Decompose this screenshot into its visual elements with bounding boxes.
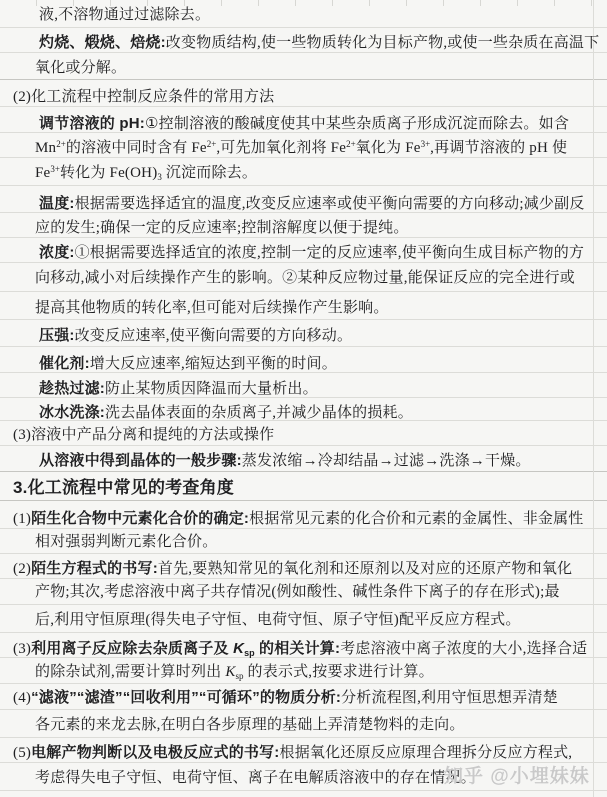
text-segment: 氧化为 Fe (356, 140, 421, 156)
text-segment: 相对强弱判断元素化合价。 (35, 534, 217, 550)
text-segment: 沉淀而除去。 (162, 165, 257, 181)
text-segment: 3+ (50, 164, 60, 174)
text-segment: sp (244, 648, 255, 658)
text-segment: 的溶液中同时含有 Fe (66, 140, 207, 156)
text-segment: 从溶液中得到晶体的一般步骤: (39, 452, 242, 469)
text-line-26: 的除杂试剂,需要计算时列出 Ksp 的表示式,按要求进行计算。 (35, 663, 434, 683)
zhihu-watermark: 知乎 @小埋妹妹 (444, 761, 590, 788)
grid-line (0, 632, 607, 633)
text-segment: 趁热过滤: (39, 380, 105, 397)
text-segment: 2+ (346, 139, 356, 149)
text-line-29: (5)电解产物判断以及电极反应式的书写:根据氧化还原反应原理合理拆分反应方程式, (13, 743, 572, 763)
scanned-document-page: 液,不溶物通过过滤除去。灼烧、煅烧、焙烧:改变物质结构,使一些物质转化为目标产物… (0, 0, 607, 797)
text-segment: 3.化工流程中常见的考查角度 (13, 478, 234, 497)
text-line-24: 后,利用守恒原理(得失电子守恒、电荷守恒、原子守恒)配平反应方程式。 (35, 611, 521, 630)
grid-line (0, 683, 607, 684)
text-segment: 考虑得失电子守恒、电荷守恒、离子在电解质溶液中的存在情况。 (35, 770, 476, 786)
text-segment: 各元素的来龙去脉,在明白各步原理的基础上弄清楚物料的走向。 (35, 717, 465, 733)
text-segment: 2+ (56, 139, 66, 149)
grid-line (0, 737, 607, 738)
text-line-3: 氧化或分解。 (35, 59, 126, 78)
text-line-28: 各元素的来龙去脉,在明白各步原理的基础上弄清楚物料的走向。 (35, 716, 465, 735)
text-segment: 温度: (39, 195, 75, 212)
text-line-23: 产物;其次,考虑溶液中离子共存情况(例如酸性、碱性条件下离子的存在形式);最 (35, 583, 560, 602)
text-line-11: 向移动,减小对后续操作产生的影响。②某种反应物过量,能保证反应的完全进行或 (35, 269, 575, 288)
text-line-22: (2)陌生方程式的书写:首先,要熟知常见的氧化剂和还原剂以及对应的还原产物和氧化 (13, 559, 572, 579)
grid-line (0, 185, 607, 186)
text-segment: (3) (13, 641, 31, 657)
text-line-25: (3)利用离子反应除去杂质离子及 Ksp 的相关计算:考虑溶液中离子浓度的大小,… (13, 639, 587, 660)
table-right-border (593, 0, 594, 797)
text-line-21: 相对强弱判断元素化合价。 (35, 533, 217, 552)
text-segment: Fe (35, 165, 50, 181)
text-segment: 3 (157, 172, 162, 182)
text-line-13: 压强:改变反应速率,使平衡向需要的方向移动。 (39, 326, 352, 346)
grid-line (0, 471, 607, 472)
text-segment: Mn (35, 140, 56, 156)
text-line-30: 考虑得失电子守恒、电荷守恒、离子在电解质溶液中的存在情况。 (35, 769, 476, 788)
grid-line (0, 709, 607, 710)
text-segment: ①控制溶液的酸碱度使其中某些杂质离子形成沉淀而除去。如含 (145, 116, 569, 132)
grid-line (0, 79, 607, 80)
text-segment: 压强: (39, 327, 75, 344)
grid-line (0, 27, 607, 28)
text-line-16: 冰水洗涤:洗去晶体表面的杂质离子,并减少晶体的损耗。 (39, 403, 413, 423)
text-segment: 提高其他物质的转化率,但可能对后续操作产生影响。 (35, 300, 389, 316)
text-line-18: 从溶液中得到晶体的一般步骤:蒸发浓缩→冷却结晶→过滤→洗涤→干燥。 (39, 451, 531, 471)
text-segment: 2+ (207, 139, 217, 149)
text-segment: 电解产物判断以及电极反应式的书写: (31, 744, 279, 761)
text-line-1: 液,不溶物通过过滤除去。 (39, 6, 210, 25)
text-line-7: Fe3+转化为 Fe(OH)3 沉淀而除去。 (35, 164, 257, 184)
text-segment: K (225, 664, 235, 680)
text-segment: ①根据需要选择适宜的浓度,控制一定的反应速率,使平衡向生成目标产物的方 (75, 245, 585, 261)
text-segment: 3+ (421, 139, 431, 149)
text-line-6: Mn2+的溶液中同时含有 Fe2+,可先加氧化剂将 Fe2+氧化为 Fe3+,再… (35, 139, 567, 159)
text-segment: 蒸发浓缩→冷却结晶→过滤→洗涤→干燥。 (242, 453, 531, 469)
text-segment: 陌生化合物中元素化合价的确定: (31, 510, 249, 527)
text-segment: 氧化或分解。 (35, 60, 126, 76)
text-segment: 转化为 Fe(OH) (60, 165, 157, 181)
text-line-5: 调节溶液的 pH:①控制溶液的酸碱度使其中某些杂质离子形成沉淀而除去。如含 (39, 114, 569, 134)
text-segment: (5) (13, 745, 31, 761)
grid-line (0, 445, 607, 446)
grid-line (0, 346, 607, 347)
text-segment: 考虑溶液中离子浓度的大小,选择合适 (340, 641, 587, 657)
text-segment: 液,不溶物通过过滤除去。 (39, 7, 210, 23)
grid-line (0, 319, 607, 320)
text-line-20: (1)陌生化合物中元素化合价的确定:根据常见元素的化合价和元素的金属性、非金属性 (13, 509, 584, 529)
text-segment: 洗去晶体表面的杂质离子,并减少晶体的损耗。 (105, 405, 413, 421)
text-segment: (2)化工流程中控制反应条件的常用方法 (13, 89, 274, 105)
text-line-10: 浓度:①根据需要选择适宜的浓度,控制一定的反应速率,使平衡向生成目标产物的方 (39, 243, 584, 263)
text-segment: 的除杂试剂,需要计算时列出 (35, 664, 225, 680)
text-segment: 后,利用守恒原理(得失电子守恒、电荷守恒、原子守恒)配平反应方程式。 (35, 612, 521, 628)
text-segment: (4) (13, 690, 31, 706)
text-segment: 改变物质结构,使一些物质转化为目标产物,或使一些杂质在高温下 (166, 35, 600, 51)
grid-line (0, 790, 607, 791)
text-line-14: 催化剂:增大反应速率,缩短达到平衡的时间。 (39, 354, 337, 374)
text-segment: 增大反应速率,缩短达到平衡的时间。 (90, 356, 337, 372)
text-segment: 灼烧、煅烧、焙烧: (39, 34, 166, 51)
text-segment: 向移动,减小对后续操作产生的影响。②某种反应物过量,能保证反应的完全进行或 (35, 270, 575, 286)
text-segment: K (233, 640, 244, 657)
text-segment: 根据需要选择适宜的温度,改变反应速率或使平衡向需要的方向移动;减少副反 (75, 196, 585, 212)
text-line-12: 提高其他物质的转化率,但可能对后续操作产生影响。 (35, 299, 389, 318)
text-segment: (1) (13, 511, 31, 527)
text-segment: “滤液”“滤渣”“回收利用”“可循环”的物质分析: (31, 689, 341, 706)
text-segment: 防止某物质因降温而大量析出。 (105, 381, 318, 397)
text-line-9: 应的发生;确保一定的反应速率;控制溶解度以便于提纯。 (35, 219, 409, 238)
text-line-8: 温度:根据需要选择适宜的温度,改变反应速率或使平衡向需要的方向移动;减少副反 (39, 194, 585, 214)
text-segment: (2) (13, 561, 31, 577)
text-segment: 改变反应速率,使平衡向需要的方向移动。 (75, 328, 353, 344)
text-segment: 的相关计算: (255, 640, 341, 657)
text-segment: 陌生方程式的书写: (31, 560, 158, 577)
text-segment: sp (236, 671, 244, 681)
grid-line (0, 291, 607, 292)
text-line-2: 灼烧、煅烧、焙烧:改变物质结构,使一些物质转化为目标产物,或使一些杂质在高温下 (39, 33, 599, 53)
text-line-4: (2)化工流程中控制反应条件的常用方法 (13, 88, 274, 107)
text-segment: 的表示式,按要求进行计算。 (244, 664, 434, 680)
text-segment: 冰水洗涤: (39, 404, 105, 421)
text-segment: 调节溶液的 pH: (39, 115, 145, 132)
text-line-17: (3)溶液中产品分离和提纯的方法或操作 (13, 426, 274, 445)
text-segment: 分析流程图,利用守恒思想弄清楚 (341, 690, 558, 706)
text-segment: 利用离子反应除去杂质离子及 (31, 640, 233, 657)
grid-line (0, 500, 607, 501)
grid-line (0, 604, 607, 605)
grid-line (0, 553, 607, 554)
text-segment: 浓度: (39, 244, 75, 261)
text-segment: 首先,要熟知常见的氧化剂和还原剂以及对应的还原产物和氧化 (158, 561, 572, 577)
text-segment: 催化剂: (39, 355, 90, 372)
text-segment: 根据氧化还原反应原理合理拆分反应方程式, (280, 745, 573, 761)
text-segment: ,再调节溶液的 pH 使 (430, 140, 567, 156)
text-segment: (3)溶液中产品分离和提纯的方法或操作 (13, 427, 274, 443)
text-line-27: (4)“滤液”“滤渣”“回收利用”“可循环”的物质分析:分析流程图,利用守恒思想… (13, 688, 558, 708)
text-segment: 应的发生;确保一定的反应速率;控制溶解度以便于提纯。 (35, 220, 409, 236)
text-segment: ,可先加氧化剂将 Fe (216, 140, 346, 156)
text-segment: 产物;其次,考虑溶液中离子共存情况(例如酸性、碱性条件下离子的存在形式);最 (35, 584, 560, 600)
text-line-15: 趁热过滤:防止某物质因降温而大量析出。 (39, 379, 318, 399)
text-line-19: 3.化工流程中常见的考查角度 (13, 478, 234, 497)
text-segment: 根据常见元素的化合价和元素的金属性、非金属性 (249, 511, 583, 527)
